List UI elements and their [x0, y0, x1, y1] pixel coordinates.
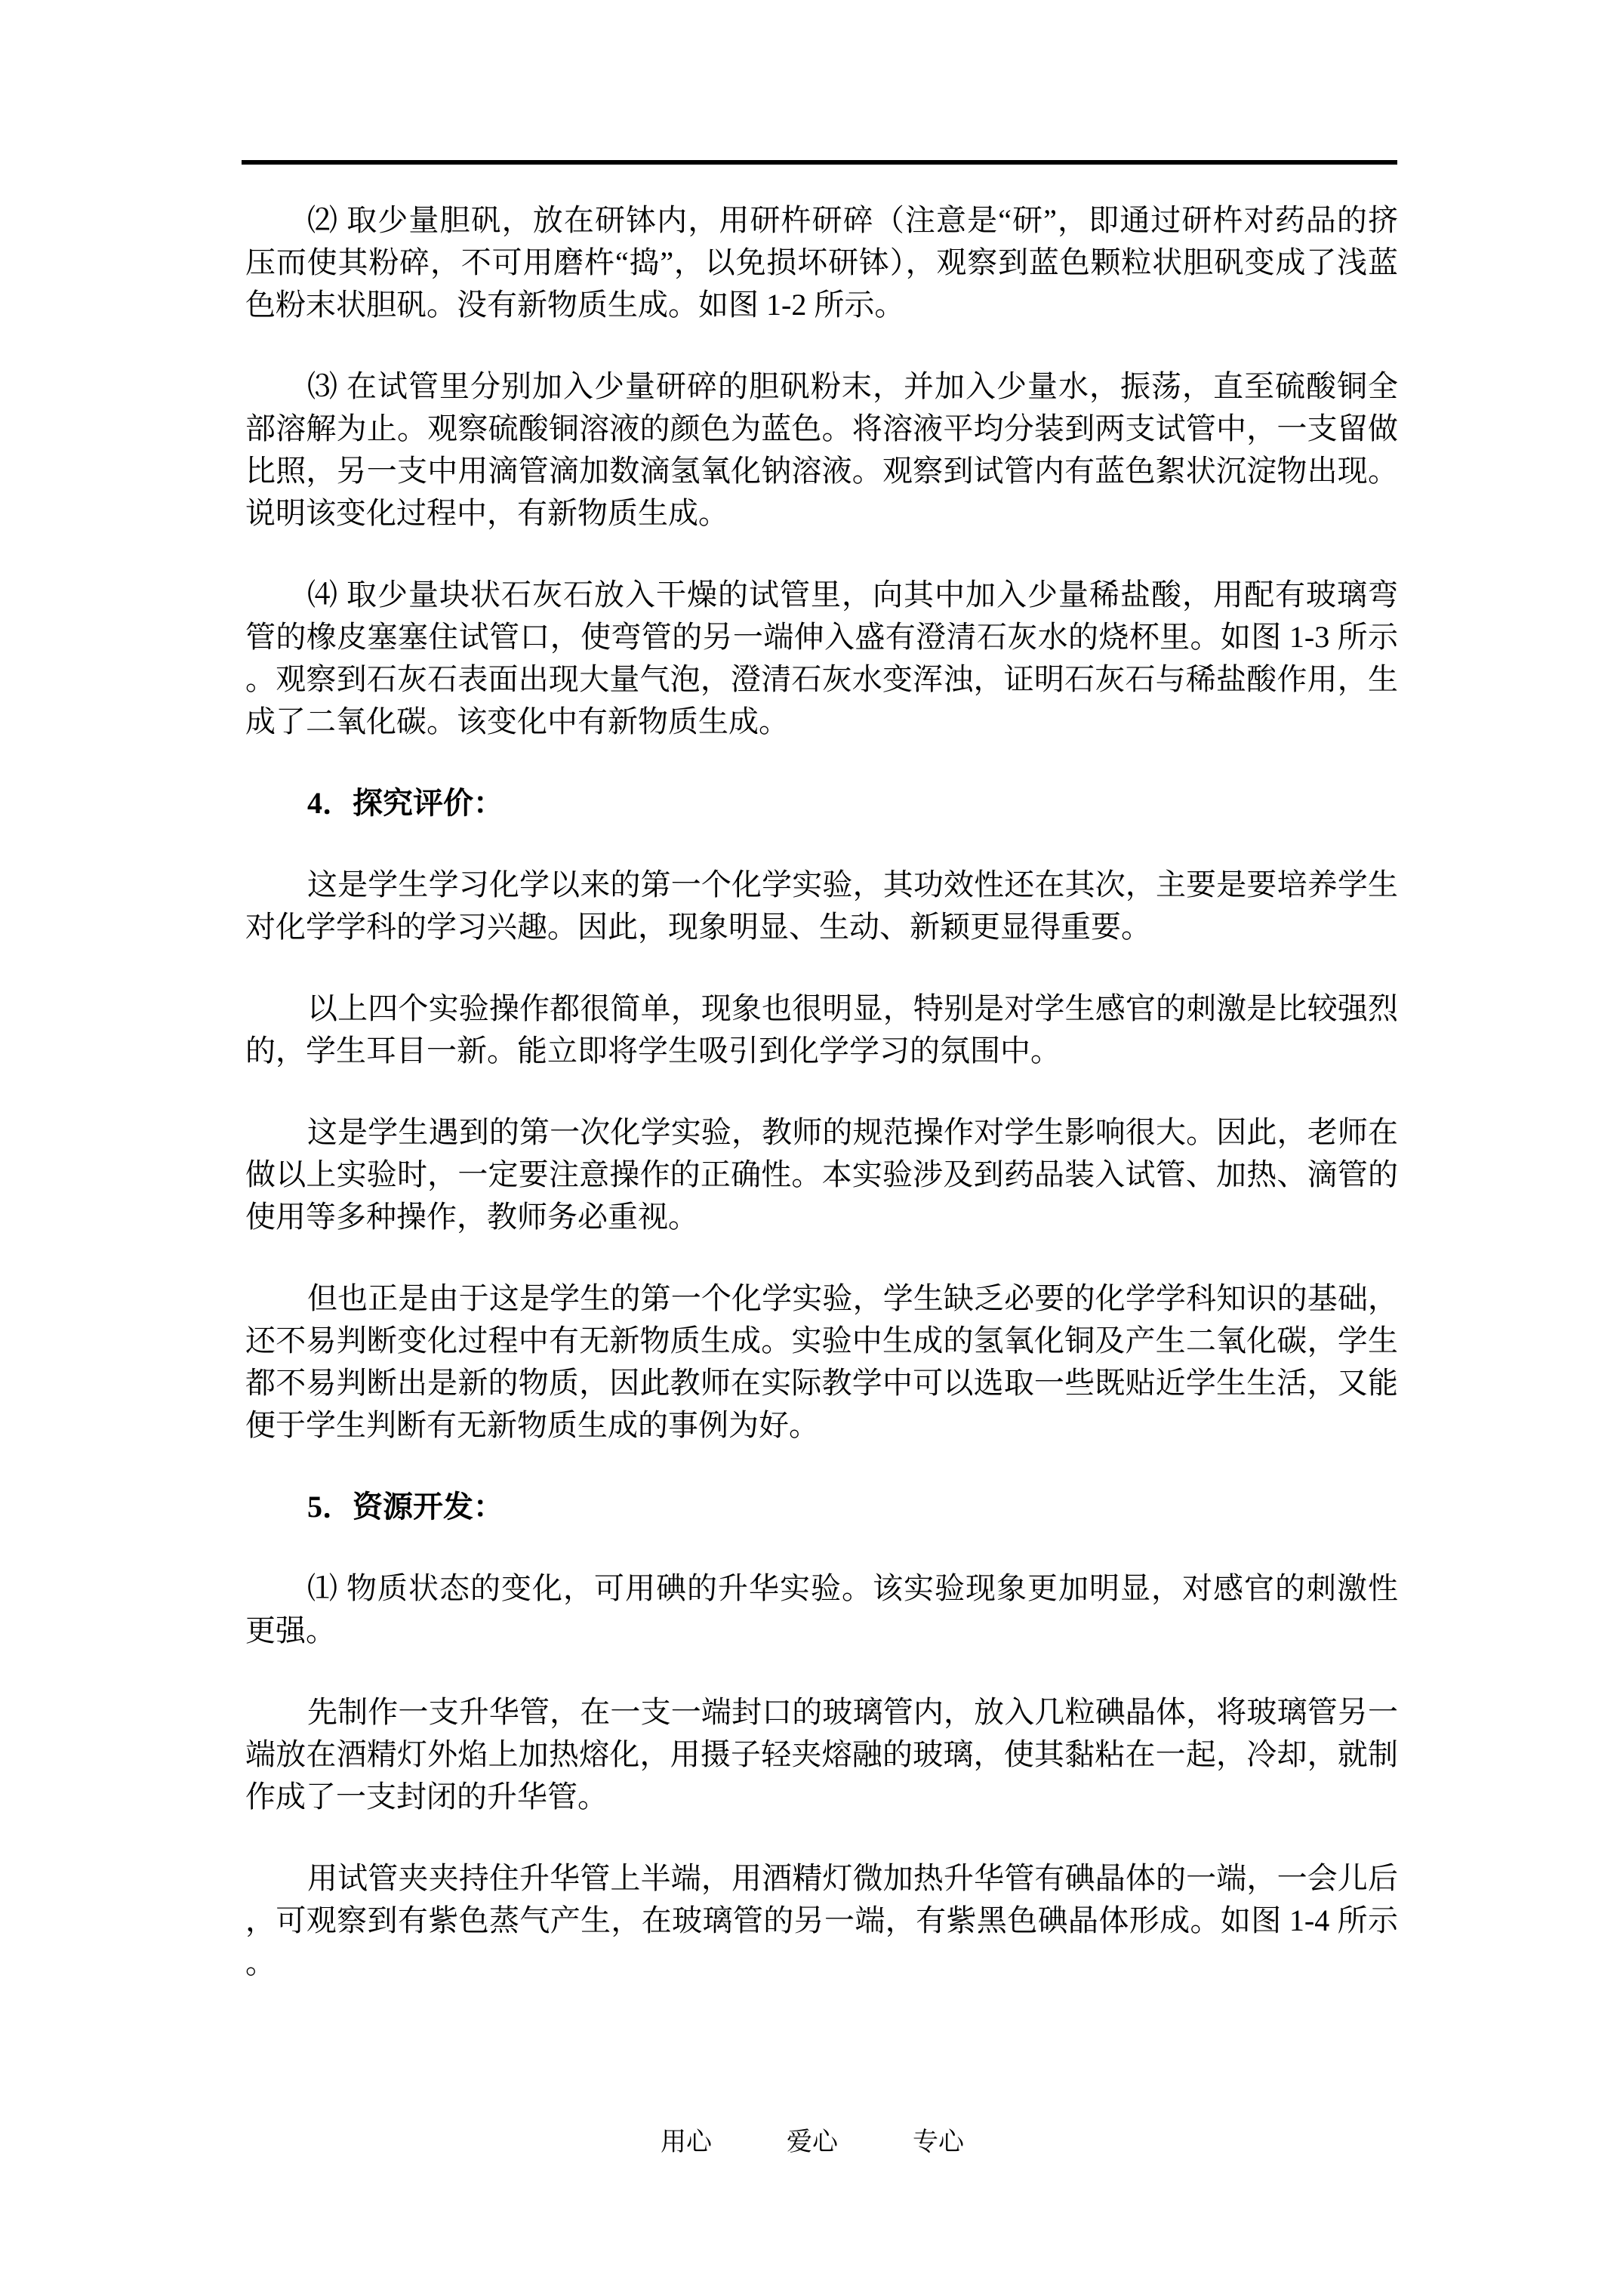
paragraph-grind-copper-sulfate: ⑵ 取少量胆矾，放在研钵内，用研杵研碎（注意是“研”，即通过研杵对药品的挤压而使… — [245, 199, 1398, 326]
paragraph-student-judgement: 但也正是由于这是学生的第一个化学实验，学生缺乏必要的化学学科知识的基础，还不易判… — [245, 1277, 1398, 1447]
paragraph-limestone-acid: ⑷ 取少量块状石灰石放入干燥的试管里，向其中加入少量稀盐酸，用配有玻璃弯管的橡皮… — [245, 574, 1398, 743]
paragraph-simple-operations: 以上四个实验操作都很简单，现象也很明显，特别是对学生感官的刺激是比较强烈的，学生… — [245, 988, 1398, 1072]
paragraph-teacher-demonstration: 这是学生遇到的第一次化学实验，教师的规范操作对学生影响很大。因此，老师在做以上实… — [245, 1111, 1398, 1238]
paragraph-heat-sublimation-tube: 用试管夹夹持住升华管上半端，用酒精灯微加热升华管有碘晶体的一端，一会儿后，可观察… — [245, 1857, 1398, 1984]
page-footer: 用心 爱心 专心 — [661, 2128, 964, 2158]
document-body: ⑵ 取少量胆矾，放在研钵内，用研杵研碎（注意是“研”，即通过研杵对药品的挤压而使… — [245, 199, 1398, 2023]
paragraph-dissolve-copper-sulfate: ⑶ 在试管里分别加入少量研碎的胆矾粉末，并加入少量水，振荡，直至硫酸铜全部溶解为… — [245, 365, 1398, 535]
paragraph-make-sublimation-tube: 先制作一支升华管，在一支一端封口的玻璃管内，放入几粒碘晶体，将玻璃管另一端放在酒… — [245, 1691, 1398, 1818]
paragraph-iodine-sublimation-intro: ⑴ 物质状态的变化，可用碘的升华实验。该实验现象更加明显，对感官的刺激性更强。 — [245, 1567, 1398, 1652]
footer-word-aixin: 爱心 — [787, 2128, 838, 2158]
header-rule — [242, 160, 1397, 165]
footer-word-zhuanxin: 专心 — [913, 2128, 964, 2158]
footer-word-yongxin: 用心 — [661, 2128, 712, 2158]
heading-section-4-evaluation: 4．探究评价： — [245, 782, 1398, 824]
paragraph-first-experiment-interest: 这是学生学习化学以来的第一个化学实验，其功效性还在其次，主要是要培养学生对化学学… — [245, 864, 1398, 948]
document-page: { "page": { "background": "#ffffff", "te… — [0, 0, 1623, 2296]
heading-section-5-resources: 5．资源开发： — [245, 1486, 1398, 1528]
